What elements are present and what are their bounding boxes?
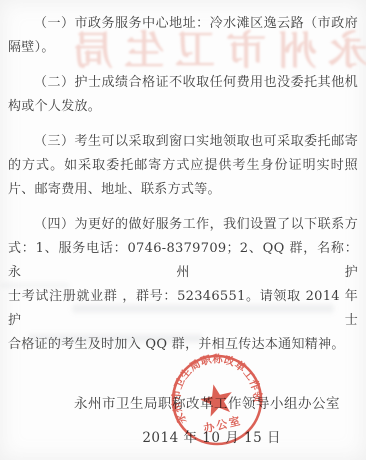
- notice-body: （一）市政务服务中心地址：冷水滩区逸云路（市政府 隔壁）。 （二）护士成绩合格证…: [8, 12, 358, 368]
- star-icon: [198, 381, 236, 418]
- paragraph-3-line-3: 片、邮寄费用、地址、联系方式等。: [8, 178, 358, 202]
- paragraph-2-line-1: （二）护士成绩合格证不收取任何费用也没委托其他机: [8, 71, 358, 95]
- paragraph-2-line-2: 构或个人发放。: [8, 95, 358, 119]
- paragraph-3-line-2: 的方式。如采取委托邮寄方式应提供考生身份证明实时照: [8, 154, 358, 178]
- paragraph-4-line-3: 士考试注册就业群 ，群号：52346551。请领取 2014 年护士: [8, 285, 358, 333]
- scanned-notice-page: 永州市卫生局 （一）市政务服务中心地址：冷水滩区逸云路（市政府 隔壁）。 （二）…: [0, 0, 366, 460]
- paragraph-1-line-1: （一）市政务服务中心地址：冷水滩区逸云路（市政府: [8, 12, 358, 36]
- paragraph-4: （四）为更好的做好服务工作，我们设置了以下联系方 式：1、服务电话：0746-8…: [8, 213, 358, 357]
- seal-bottom-text: 办公室: [202, 413, 243, 435]
- paragraph-4-line-2: 式：1、服务电话：0746-8379709；2、QQ 群，名称：永州护: [8, 237, 358, 285]
- paragraph-3-line-1: （三）考生可以采取到窗口实地领取也可采取委托邮寄: [8, 130, 358, 154]
- paragraph-3: （三）考生可以采取到窗口实地领取也可采取委托邮寄 的方式。如采取委托邮寄方式应提…: [8, 130, 358, 202]
- paragraph-4-line-1: （四）为更好的做好服务工作，我们设置了以下联系方: [8, 213, 358, 237]
- paragraph-1: （一）市政务服务中心地址：冷水滩区逸云路（市政府 隔壁）。: [8, 12, 358, 60]
- paragraph-2: （二）护士成绩合格证不收取任何费用也没委托其他机 构或个人发放。: [8, 71, 358, 119]
- paragraph-1-line-2: 隔壁）。: [8, 36, 358, 60]
- paragraph-4-line-4: 合格证的考生及时加入 QQ 群，并相互传达本通知精神。: [8, 333, 358, 357]
